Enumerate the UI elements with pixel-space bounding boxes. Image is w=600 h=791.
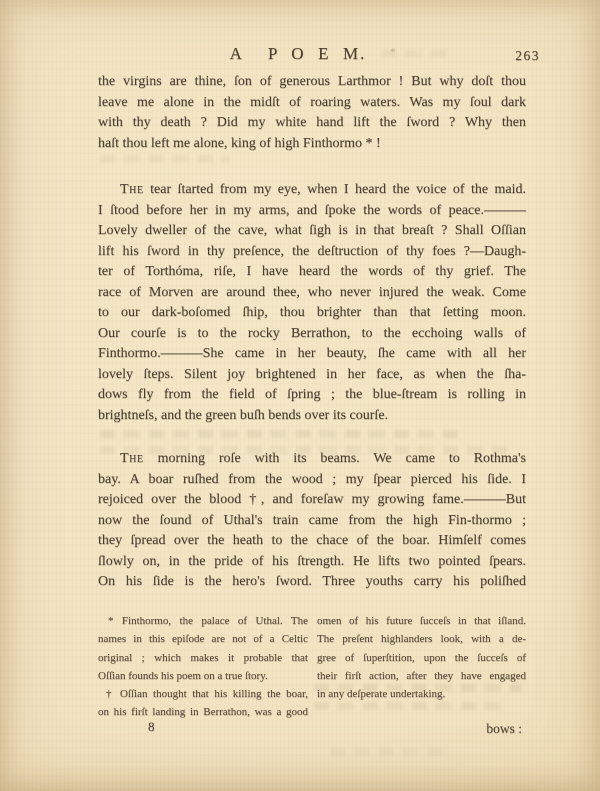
text-line: Oſſian founds his poem on a true ſtory. — [98, 667, 308, 685]
small-caps-word: The — [120, 182, 144, 197]
book-page-scan: A P O E M. * 263 the virgins are thine, … — [0, 0, 600, 791]
text-line: † Oſſian thought that his killing the bo… — [98, 685, 308, 703]
text-line: The preſent highlanders look, with a de- — [317, 630, 526, 648]
text-line: now the ſound of Uthal's train came from… — [98, 511, 526, 532]
text-line: I ſtood before her in my arms, and ſpoke… — [98, 201, 526, 222]
text-line: haſt thou left me alone, king of high Fi… — [98, 134, 526, 155]
small-caps-word: The — [120, 451, 144, 466]
text-line: Our courſe is to the rocky Berrathon, to… — [98, 324, 526, 345]
text-line: gree of ſuperſtition, upon the ſucceſs o… — [317, 649, 526, 667]
text-line: leave me alone in the midſt of roaring w… — [98, 93, 526, 114]
text-line: ſlowly on, in the pride of his ſtrength.… — [98, 552, 526, 573]
text-line: the virgins are thine, ſon of generous L… — [98, 72, 526, 93]
footnote-column-right: omen of his future ſucceſs in that iſlan… — [317, 612, 526, 703]
text-line: to our dark-boſomed ſhip, thou brighter … — [98, 303, 526, 324]
footnote-column-left: * Finthormo, the palace of Uthal. Thenam… — [98, 612, 308, 722]
text-block: the virgins are thine, ſon of generous L… — [98, 0, 526, 791]
text-line: original ; which makes it probable that — [98, 649, 308, 667]
poem-paragraph: the virgins are thine, ſon of generous L… — [98, 72, 526, 154]
text-line: Finthormo.———She came in her beauty, ſhe… — [98, 344, 526, 365]
text-line: on his firſt landing in Berrathon, was a… — [98, 703, 308, 721]
text-line: omen of his future ſucceſs in that iſlan… — [317, 612, 526, 630]
text-line: lovely ſteps. Silent joy brightened in h… — [98, 365, 526, 386]
signature-mark: 8 — [148, 719, 155, 735]
poem-paragraph: The morning roſe with its beams. We came… — [98, 449, 526, 593]
text-line: Lovely dweller of the cave, what ſigh is… — [98, 221, 526, 242]
text-line: brightneſs, and the green buſh bends ove… — [98, 406, 526, 427]
text-line: with thy death ? Did my white hand lift … — [98, 113, 526, 134]
text-line: names in this epiſode are not of a Celti… — [98, 630, 308, 648]
text-line: The tear ſtarted from my eye, when I hea… — [98, 180, 526, 201]
text-line: bay. A boar ruſhed from the wood ; my ſp… — [98, 470, 526, 491]
catchword: bows : — [486, 721, 522, 737]
text-line: in any deſperate undertaking. — [317, 685, 526, 703]
poem-paragraph: The tear ſtarted from my eye, when I hea… — [98, 180, 526, 426]
text-line: their firſt action, after they have enga… — [317, 667, 526, 685]
text-line: rejoiced over the blood †, and foreſaw m… — [98, 490, 526, 511]
text-line: * Finthormo, the palace of Uthal. The — [98, 612, 308, 630]
text-line: ter of Torthóma, riſe, I have heard the … — [98, 262, 526, 283]
text-line: On his ſide is the hero's ſword. Three y… — [98, 572, 526, 593]
text-line: dows fly from the field of ſpring ; the … — [98, 385, 526, 406]
text-line: The morning roſe with its beams. We came… — [98, 449, 526, 470]
text-line: lift his ſword in thy preſence, the deſt… — [98, 242, 526, 263]
text-line: they ſpread over the heath to the chace … — [98, 531, 526, 552]
text-line: race of Morven are around thee, who neve… — [98, 283, 526, 304]
